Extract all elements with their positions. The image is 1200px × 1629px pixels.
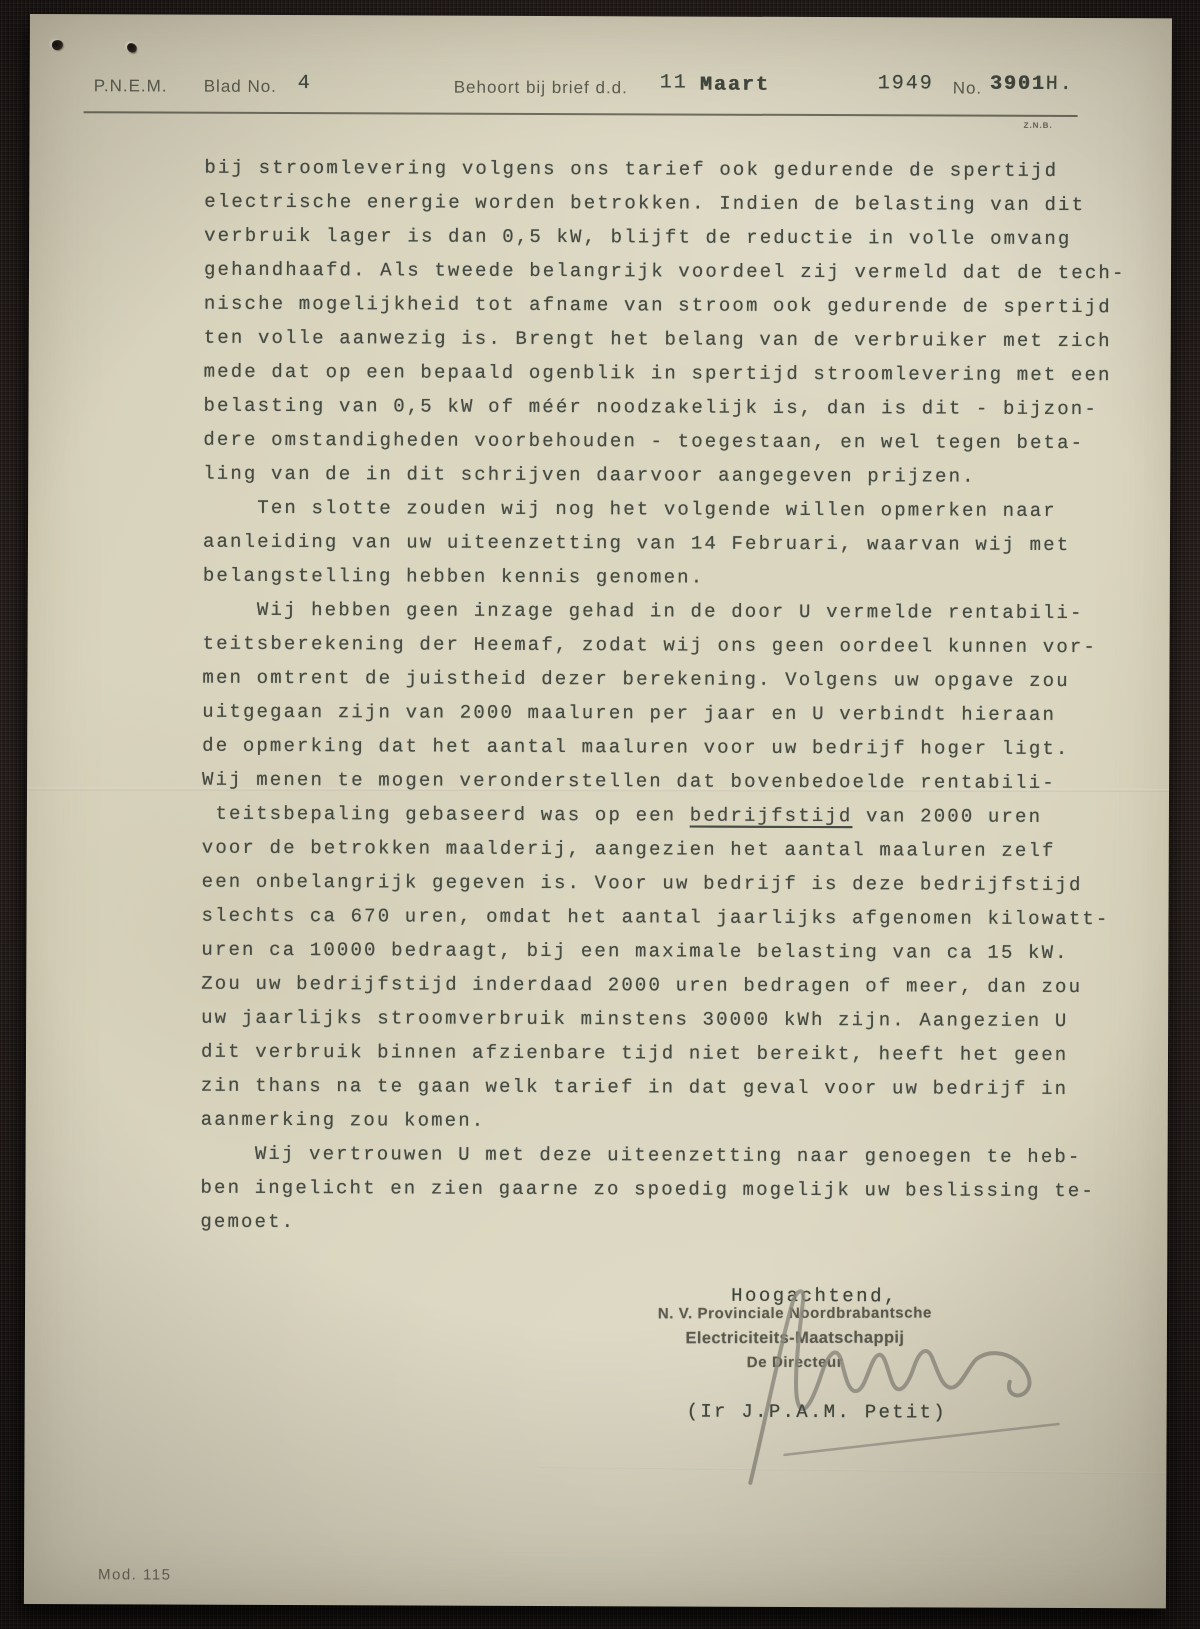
- typed-line: gehandhaafd. Als tweede belangrijk voord…: [204, 253, 1164, 291]
- letter-date-day: 11: [660, 71, 688, 94]
- typed-line: belangstelling hebben kennis genomen.: [203, 559, 1163, 597]
- punch-hole: [126, 42, 138, 54]
- typed-line: electrische energie worden betrokken. In…: [204, 185, 1164, 223]
- typed-line: belasting van 0,5 kW of méér noodzakelij…: [203, 389, 1163, 427]
- typed-line: Ten slotte zouden wij nog het volgende w…: [203, 491, 1163, 529]
- typed-line: aanmerking zou komen.: [201, 1103, 1161, 1141]
- letter-date-month: Maart: [700, 74, 770, 97]
- typed-line: dit verbruik binnen afzienbare tijd niet…: [201, 1035, 1161, 1073]
- typed-line: slechts ca 670 uren, omdat het aantal ja…: [201, 899, 1161, 937]
- typed-line: teitsberekening der Heemaf, zodat wij on…: [203, 627, 1163, 665]
- sheet-number-value: 4: [298, 72, 312, 95]
- typed-line: voor de betrokken maalderij, aangezien h…: [202, 831, 1162, 869]
- printer-code: Z.N.B.: [1024, 121, 1053, 130]
- typed-line: Wij menen te mogen veronderstellen dat b…: [202, 763, 1162, 801]
- typed-line: verbruik lager is dan 0,5 kW, blijft de …: [204, 219, 1164, 257]
- typed-line: aanleiding van uw uiteenzetting van 14 F…: [203, 525, 1163, 563]
- typed-line: Zou uw bedrijfstijd inderdaad 2000 uren …: [201, 967, 1161, 1005]
- letter-page: P.N.E.M. Blad No. 4 Behoort bij brief d.…: [24, 14, 1172, 1608]
- typed-line: ling van de in dit schrijven daarvoor aa…: [203, 457, 1163, 495]
- typed-line: teitsbepaling gebaseerd was op een bedri…: [202, 797, 1162, 835]
- form-model-number: Mod. 115: [98, 1566, 172, 1583]
- typed-line: Wij vertrouwen U met deze uiteenzetting …: [201, 1137, 1161, 1175]
- typed-line: ben ingelicht en zien gaarne zo spoedig …: [200, 1171, 1160, 1209]
- org-abbreviation: P.N.E.M.: [94, 76, 168, 96]
- letter-date-year: 1949: [878, 72, 934, 95]
- header-rule: [84, 111, 1078, 117]
- typed-lines: bij stroomlevering volgens ons tarief oo…: [200, 151, 1164, 1243]
- typed-line: mede dat op een bepaald ogenblik in sper…: [204, 355, 1164, 393]
- typed-line: ten volle aanwezig is. Brengt het belang…: [204, 321, 1164, 359]
- reference-letter-label: Behoort bij brief d.d.: [454, 78, 628, 99]
- letter-number-suffix: H.: [1046, 73, 1074, 96]
- typed-line: de opmerking dat het aantal maaluren voo…: [202, 729, 1162, 767]
- sheet-number-label: Blad No.: [204, 77, 277, 97]
- typed-line: uitgegaan zijn van 2000 maaluren per jaa…: [202, 695, 1162, 733]
- typed-line: nische mogelijkheid tot afname van stroo…: [204, 287, 1164, 325]
- typed-line: Wij hebben geen inzage gehad in de door …: [203, 593, 1163, 631]
- letter-number-label: No.: [953, 79, 983, 99]
- letter-number-digits: 3901: [990, 73, 1046, 96]
- letter-number-value: 3901H.: [990, 73, 1074, 96]
- typed-line: uren ca 10000 bedraagt, bij een maximale…: [201, 933, 1161, 971]
- typed-line: men omtrent de juistheid dezer berekenin…: [202, 661, 1162, 699]
- typed-line: zin thans na te gaan welk tarief in dat …: [201, 1069, 1161, 1107]
- punch-hole: [52, 40, 63, 50]
- scanned-letter-scene: P.N.E.M. Blad No. 4 Behoort bij brief d.…: [0, 0, 1200, 1629]
- typed-line: dere omstandigheden voorbehouden - toege…: [203, 423, 1163, 461]
- handwritten-signature: [614, 1272, 1095, 1504]
- signer-name: (Ir J.P.A.M. Petit): [687, 1395, 947, 1430]
- typed-line: bij stroomlevering volgens ons tarief oo…: [204, 151, 1164, 189]
- typed-line: een onbelangrijk gegeven is. Voor uw bed…: [202, 865, 1162, 903]
- typed-line: uw jaarlijks stroomverbruik minstens 300…: [201, 1001, 1161, 1039]
- typed-line: gemoet.: [200, 1205, 1160, 1243]
